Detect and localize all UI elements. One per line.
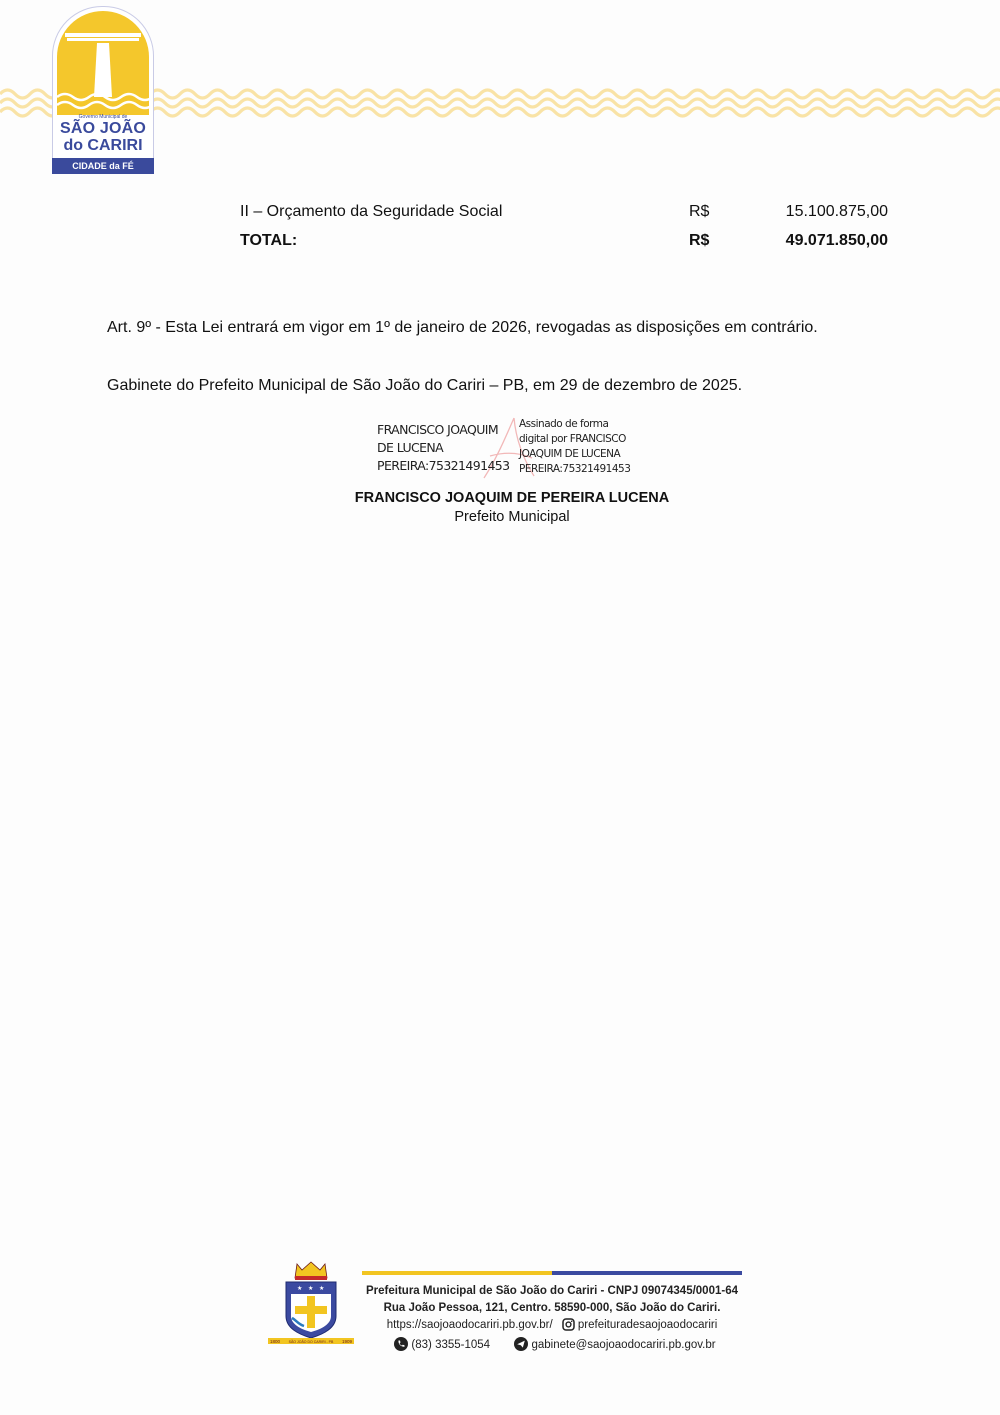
budget-total-value: 49.071.850,00: [786, 232, 888, 250]
digital-signature[interactable]: FRANCISCO JOAQUIM DE LUCENA PEREIRA:7532…: [376, 416, 656, 480]
svg-text:1909: 1909: [342, 1339, 353, 1344]
budget-total-label: TOTAL:: [240, 232, 297, 250]
signature-right-line: PEREIRA:75321491453: [519, 462, 630, 477]
footer-website-link[interactable]: https://saojoaodocariri.pb.gov.br/: [387, 1319, 553, 1331]
signature-left-line: FRANCISCO JOAQUIM: [377, 421, 510, 439]
logo-lighthouse-emblem: [57, 11, 149, 115]
footer-address: Rua João Pessoa, 121, Centro. 58590-000,…: [356, 1302, 748, 1314]
budget-row-total: TOTAL: R$ 49.071.850,00: [240, 232, 888, 252]
signature-left-line: DE LUCENA: [377, 439, 510, 457]
budget-row-label: II – Orçamento da Seguridade Social: [240, 203, 502, 221]
signature-details: Assinado de forma digital por FRANCISCO …: [519, 417, 630, 477]
footer-web-social: https://saojoaodocariri.pb.gov.br/ prefe…: [356, 1318, 748, 1331]
svg-text:SÃO JOÃO DO CARIRI - PB: SÃO JOÃO DO CARIRI - PB: [289, 1339, 334, 1344]
footer-email-link[interactable]: gabinete@saojoaodocariri.pb.gov.br: [531, 1339, 715, 1351]
footer-instagram-link[interactable]: prefeituradesaojoaodocariri: [578, 1319, 717, 1331]
svg-text:★: ★: [308, 1285, 313, 1292]
email-icon: [514, 1337, 528, 1351]
signature-right-line: Assinado de forma: [519, 417, 630, 432]
footer-contact: (83) 3355-1054 gabinete@saojoaodocariri.…: [356, 1337, 748, 1351]
signer-name: FRANCISCO JOAQUIM DE PEREIRA LUCENA: [0, 490, 1000, 506]
svg-text:★: ★: [297, 1285, 302, 1292]
svg-text:1800: 1800: [270, 1339, 281, 1344]
signature-left-line: PEREIRA:75321491453: [377, 457, 510, 475]
footer-phone[interactable]: (83) 3355-1054: [411, 1339, 490, 1351]
signature-right-line: JOAQUIM DE LUCENA: [519, 447, 630, 462]
budget-row-currency: R$: [689, 203, 709, 221]
logo-tagline: CIDADE da FÉ: [52, 158, 154, 174]
footer-bar-blue: [552, 1271, 742, 1275]
signer-title: Prefeito Municipal: [0, 509, 1000, 525]
svg-text:★: ★: [319, 1285, 324, 1292]
article-9: Art. 9º - Esta Lei entrará em vigor em 1…: [107, 319, 818, 337]
instagram-icon: [562, 1318, 575, 1331]
budget-total-currency: R$: [689, 232, 709, 250]
municipality-logo: Governo Municipal de SÃO JOÃO do CARIRI …: [52, 6, 154, 176]
signature-right-line: digital por FRANCISCO: [519, 432, 630, 447]
logo-city-name: SÃO JOÃO: [52, 120, 154, 138]
footer-institution: Prefeitura Municipal de São João do Cari…: [356, 1285, 748, 1297]
budget-row-social-security: II – Orçamento da Seguridade Social R$ 1…: [240, 203, 888, 223]
logo-city-name-2: do CARIRI: [52, 137, 154, 155]
municipal-crest-icon: ★ ★ ★ 1800 SÃO JOÃO DO CARIRI - PB 1909: [264, 1260, 358, 1350]
signature-signer-id: FRANCISCO JOAQUIM DE LUCENA PEREIRA:7532…: [377, 421, 510, 475]
footer-bar-yellow: [362, 1271, 552, 1275]
closing-statement: Gabinete do Prefeito Municipal de São Jo…: [107, 377, 742, 395]
phone-icon: [394, 1337, 408, 1351]
budget-row-value: 15.100.875,00: [786, 203, 888, 221]
